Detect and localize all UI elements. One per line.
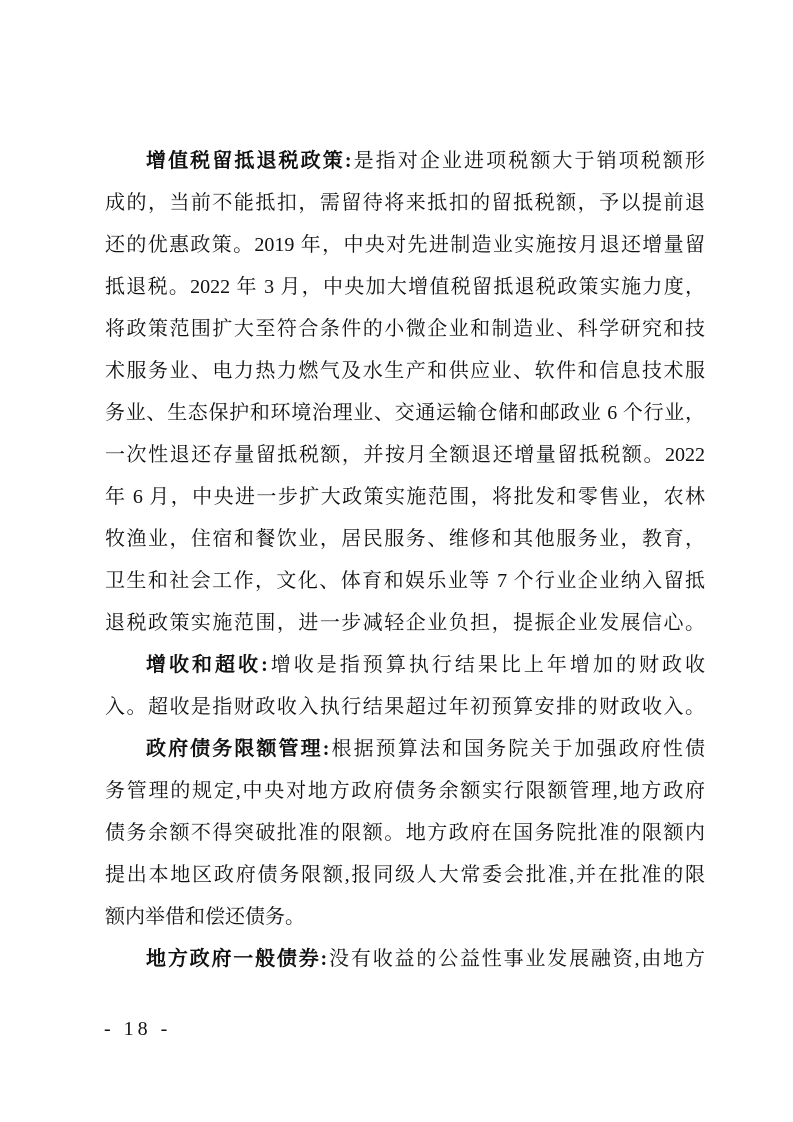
text-line: 抵退税。2022 年 3 月，中央加大增值税留抵退税政策实施力度，	[105, 266, 705, 308]
term-heading: 政府债务限额管理:	[146, 738, 329, 760]
text-line: 还的优惠政策。2019 年，中央对先进制造业实施按月退还增量留	[105, 224, 705, 266]
text-line: 债务余额不得突破批准的限额。地方政府在国务院批准的限额内	[105, 812, 705, 854]
text-line: 将政策范围扩大至符合条件的小微企业和制造业、科学研究和技	[105, 308, 705, 350]
paragraph-increased-and-excess-revenue: 增收和超收:增收是指预算执行结果比上年增加的财政收 入。超收是指财政收入执行结果…	[105, 644, 705, 728]
text-line: 提出本地区政府债务限额,报同级人大常委会批准,并在批准的限	[105, 854, 705, 896]
text-line: 政府债务限额管理:根据预算法和国务院关于加强政府性债	[105, 728, 705, 770]
text-line: 入。超收是指财政收入执行结果超过年初预算安排的财政收入。	[105, 686, 705, 728]
text-line: 牧渔业，住宿和餐饮业，居民服务、维修和其他服务业，教育，	[105, 518, 705, 560]
text-line: 卫生和社会工作，文化、体育和娱乐业等 7 个行业企业纳入留抵	[105, 560, 705, 602]
text-line: 务管理的规定,中央对地方政府债务余额实行限额管理,地方政府	[105, 770, 705, 812]
term-definition-text: 是指对企业进项税额大于销项税额形	[352, 150, 706, 172]
text-line: 一次性退还存量留抵税额，并按月全额退还增量留抵税额。2022	[105, 434, 705, 476]
text-line: 术服务业、电力热力燃气及水生产和供应业、软件和信息技术服	[105, 350, 705, 392]
text-line: 额内举借和偿还债务。	[105, 896, 705, 938]
text-line: 地方政府一般债券:没有收益的公益性事业发展融资,由地方	[105, 938, 705, 980]
page-number: - 18 -	[104, 1008, 171, 1050]
text-line: 成的，当前不能抵扣，需留待将来抵扣的留抵税额，予以提前退	[105, 182, 705, 224]
term-heading: 增值税留抵退税政策:	[146, 150, 352, 172]
term-definition-text: 增收是指预算执行结果比上年增加的财政收	[268, 654, 705, 676]
text-line: 增收和超收:增收是指预算执行结果比上年增加的财政收	[105, 644, 705, 686]
text-line: 退税政策实施范围，进一步减轻企业负担，提振企业发展信心。	[105, 602, 705, 644]
paragraph-vat-credit-refund-policy: 增值税留抵退税政策:是指对企业进项税额大于销项税额形 成的，当前不能抵扣，需留待…	[105, 140, 705, 644]
term-heading: 增收和超收:	[146, 654, 268, 676]
term-definition-text: 根据预算法和国务院关于加强政府性债	[329, 738, 705, 760]
text-line: 增值税留抵退税政策:是指对企业进项税额大于销项税额形	[105, 140, 705, 182]
document-body: 增值税留抵退税政策:是指对企业进项税额大于销项税额形 成的，当前不能抵扣，需留待…	[105, 140, 705, 980]
term-definition-text: 没有收益的公益性事业发展融资,由地方	[327, 948, 705, 970]
text-line: 年 6 月，中央进一步扩大政策实施范围，将批发和零售业，农林	[105, 476, 705, 518]
paragraph-local-government-general-bonds: 地方政府一般债券:没有收益的公益性事业发展融资,由地方	[105, 938, 705, 980]
document-page: 增值税留抵退税政策:是指对企业进项税额大于销项税额形 成的，当前不能抵扣，需留待…	[0, 0, 793, 1122]
term-heading: 地方政府一般债券:	[146, 948, 327, 970]
text-line: 务业、生态保护和环境治理业、交通运输仓储和邮政业 6 个行业，	[105, 392, 705, 434]
paragraph-government-debt-limit-management: 政府债务限额管理:根据预算法和国务院关于加强政府性债 务管理的规定,中央对地方政…	[105, 728, 705, 938]
